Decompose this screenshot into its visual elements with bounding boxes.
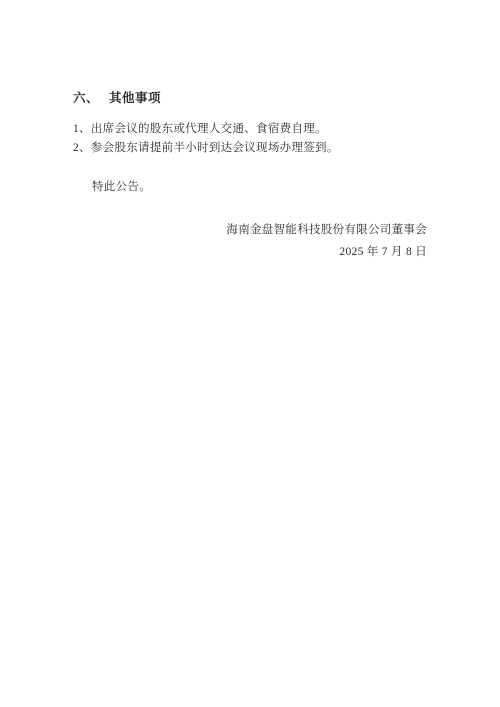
paragraph-item-1: 1、出席会议的股东或代理人交通、食宿费自理。 <box>73 124 327 136</box>
document-page: 六、其他事项 1、出席会议的股东或代理人交通、食宿费自理。 2、参会股东请提前半… <box>0 0 500 707</box>
paragraph-item-2: 2、参会股东请提前半小时到达会议现场办理签到。 <box>73 143 339 155</box>
section-heading-title: 其他事项 <box>109 91 161 105</box>
section-heading-number: 六、 <box>73 91 99 105</box>
closing-statement: 特此公告。 <box>92 182 151 194</box>
section-heading: 六、其他事项 <box>73 92 161 105</box>
signature-company-name: 海南金盘智能科技股份有限公司董事会 <box>226 225 427 237</box>
signature-date: 2025 年 7 月 8 日 <box>339 247 427 259</box>
